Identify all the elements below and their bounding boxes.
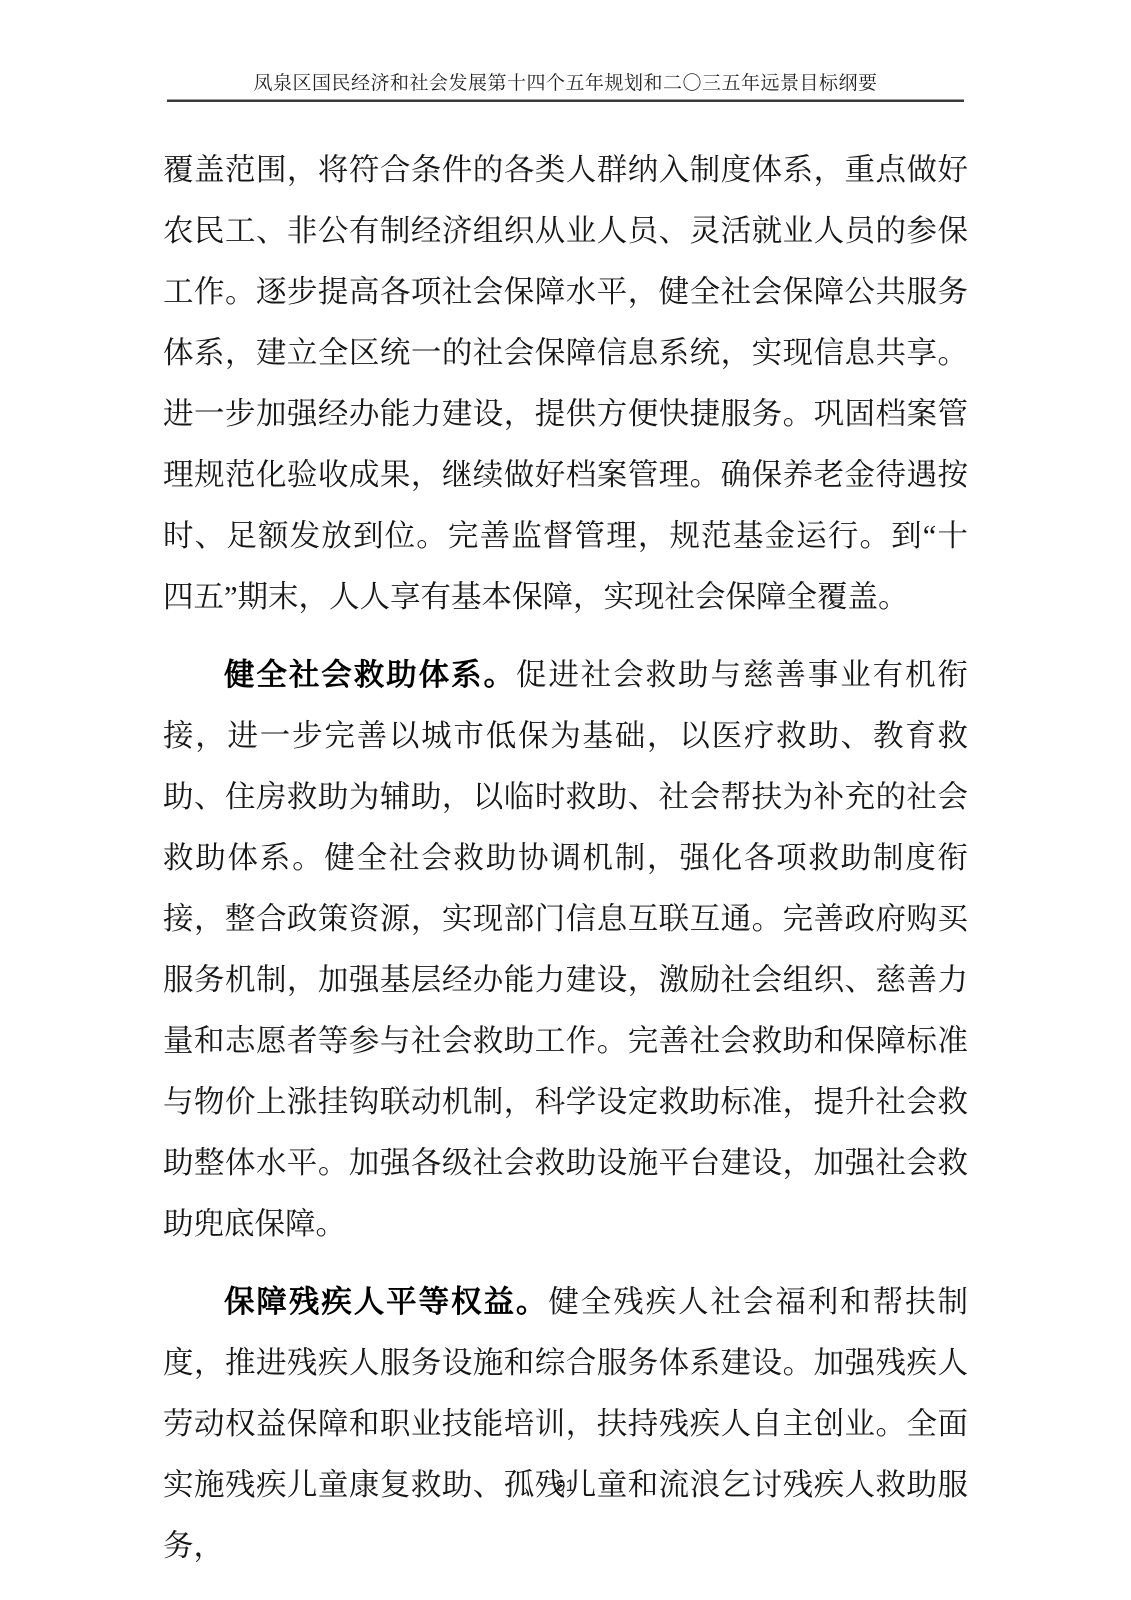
document-page: 凤泉区国民经济和社会发展第十四个五年规划和二〇三五年远景目标纲要 覆盖范围，将符… <box>0 0 1131 1600</box>
header-title: 凤泉区国民经济和社会发展第十四个五年规划和二〇三五年远景目标纲要 <box>0 68 1131 95</box>
paragraph-text: 覆盖范围，将符合条件的各类人群纳入制度体系，重点做好农民工、非公有制经济组织从业… <box>163 153 968 614</box>
paragraph-lead: 保障残疾人平等权益。 <box>224 1285 548 1319</box>
paragraph: 覆盖范围，将符合条件的各类人群纳入制度体系，重点做好农民工、非公有制经济组织从业… <box>163 140 968 628</box>
paragraph-text: 健全残疾人社会福利和帮扶制度，推进残疾人服务设施和综合服务体系建设。加强残疾人劳… <box>163 1285 968 1563</box>
header-rule <box>167 99 964 102</box>
paragraph-lead: 健全社会救助体系。 <box>224 658 516 692</box>
paragraph-text: 促进社会救助与慈善事业有机衔接，进一步完善以城市低保为基础，以医疗救助、教育救助… <box>163 658 968 1241</box>
paragraph: 健全社会救助体系。促进社会救助与慈善事业有机衔接，进一步完善以城市低保为基础，以… <box>163 645 968 1255</box>
body-text: 覆盖范围，将符合条件的各类人群纳入制度体系，重点做好农民工、非公有制经济组织从业… <box>163 140 968 1577</box>
paragraph: 保障残疾人平等权益。健全残疾人社会福利和帮扶制度，推进残疾人服务设施和综合服务体… <box>163 1272 968 1577</box>
page-number: 91 <box>0 1476 1131 1496</box>
